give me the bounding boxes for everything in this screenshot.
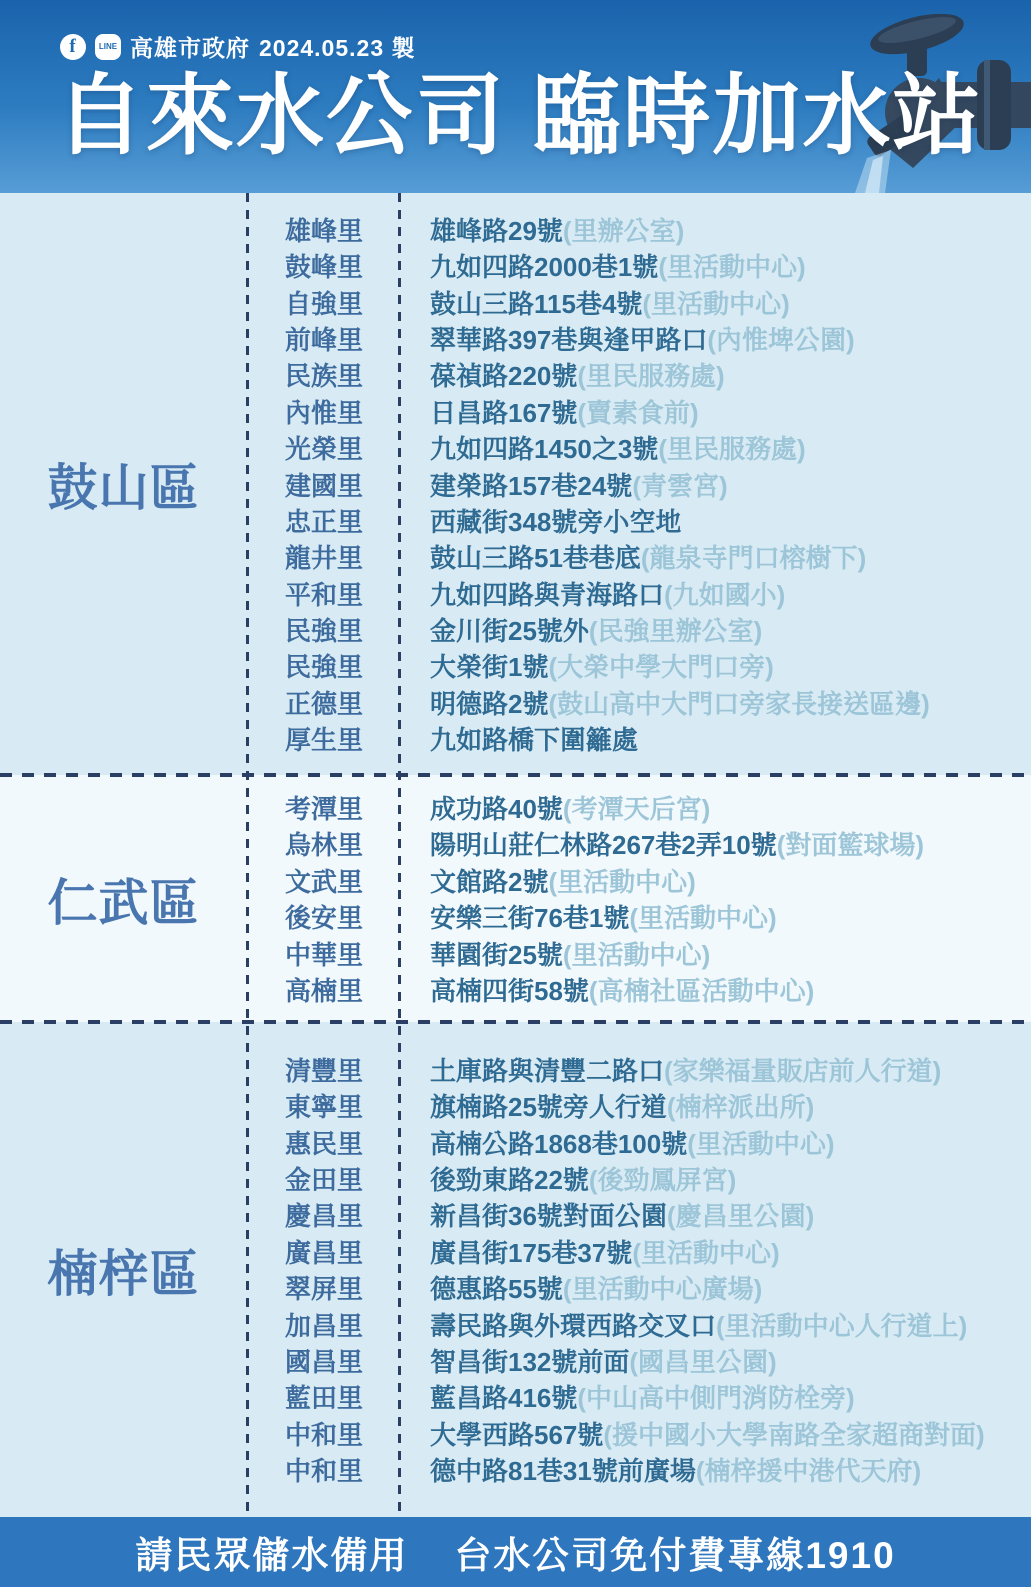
station-row: 建國里 建榮路157巷24號(青雲宮) [248, 466, 1031, 502]
station-rows: 清豐里 土庫路與清豐二路口(家樂福量販店前人行道) 東寧里 旗楠路25號旁人行道… [248, 1022, 1031, 1517]
village-name: 高楠里 [248, 971, 400, 1008]
station-address: 旗楠路25號旁人行道(楠梓派出所) [400, 1087, 814, 1124]
station-address: 智昌街132號前面(國昌里公園) [400, 1342, 777, 1379]
station-row: 龍井里 鼓山三路51巷巷底(龍泉寺門口榕樹下) [248, 539, 1031, 575]
station-row: 正德里 明德路2號(鼓山高中大門口旁家長接送區邊) [248, 684, 1031, 720]
station-row: 後安里 安樂三街76巷1號(里活動中心) [248, 899, 1031, 935]
station-note: (賣素食前) [577, 398, 698, 428]
village-name: 清豐里 [248, 1051, 400, 1088]
village-name: 中和里 [248, 1415, 400, 1452]
station-note: (里活動中心) [563, 940, 710, 970]
station-address: 文館路2號(里活動中心) [400, 862, 696, 899]
village-name: 光榮里 [248, 429, 400, 466]
water-station-poster: f LINE 高雄市政府 2024.05.23 製 自來水公司 臨時加水站 鼓山… [0, 0, 1031, 1587]
village-name: 藍田里 [248, 1378, 400, 1415]
station-note: (龍泉寺門口榕樹下) [641, 543, 866, 573]
station-note: (援中國小大學南路全家超商對面) [603, 1420, 984, 1450]
village-name: 民強里 [248, 611, 400, 648]
station-note: (民強里辦公室) [589, 616, 762, 646]
station-address: 陽明山莊仁林路267巷2弄10號(對面籃球場) [400, 825, 924, 862]
station-note: (對面籃球場) [777, 830, 924, 860]
district-section-nanzi: 楠梓區 清豐里 土庫路與清豐二路口(家樂福量販店前人行道) 東寧里 旗楠路25號… [0, 1022, 1031, 1517]
station-note: (高楠社區活動中心) [589, 976, 814, 1006]
section-divider-1 [0, 773, 1031, 777]
station-row: 加昌里 壽民路與外環西路交叉口(里活動中心人行道上) [248, 1306, 1031, 1342]
station-row: 厚生里 九如路橋下圍籬處 [248, 721, 1031, 757]
line-icon: LINE [95, 34, 121, 60]
station-row: 光榮里 九如四路1450之3號(里民服務處) [248, 429, 1031, 465]
station-address: 建榮路157巷24號(青雲宮) [400, 466, 728, 503]
source-label: 高雄市政府 [130, 30, 250, 63]
station-address: 華園街25號(里活動中心) [400, 935, 710, 972]
station-note: (里活動中心) [687, 1129, 834, 1159]
station-address: 新昌街36號對面公園(慶昌里公園) [400, 1196, 814, 1233]
station-address: 西藏街348號旁小空地 [400, 502, 681, 539]
station-row: 廣昌里 廣昌街175巷37號(里活動中心) [248, 1233, 1031, 1269]
station-row: 東寧里 旗楠路25號旁人行道(楠梓派出所) [248, 1088, 1031, 1124]
source-row: f LINE 高雄市政府 2024.05.23 製 [60, 30, 416, 63]
station-address: 翠華路397巷與逢甲路口(內惟埤公園) [400, 320, 855, 357]
station-address: 金川街25號外(民強里辦公室) [400, 611, 762, 648]
station-row: 自強里 鼓山三路115巷4號(里活動中心) [248, 284, 1031, 320]
village-name: 翠屏里 [248, 1269, 400, 1306]
station-address: 藍昌路416號(中山高中側門消防栓旁) [400, 1378, 855, 1415]
district-label: 楠梓區 [0, 1022, 248, 1517]
village-name: 平和里 [248, 575, 400, 612]
village-name: 民族里 [248, 356, 400, 393]
station-note: (家樂福量販店前人行道) [664, 1056, 941, 1086]
station-note: (里活動中心) [658, 252, 805, 282]
station-row: 文武里 文館路2號(里活動中心) [248, 862, 1031, 898]
district-label: 仁武區 [0, 775, 248, 1022]
column-divider-right [398, 193, 401, 1517]
village-name: 鼓峰里 [248, 247, 400, 284]
district-section-gushan: 鼓山區 雄峰里 雄峰路29號(里辦公室) 鼓峰里 九如四路2000巷1號(里活動… [0, 193, 1031, 775]
station-note: (鼓山高中大門口旁家長接送區邊) [548, 689, 929, 719]
station-note: (內惟埤公園) [707, 325, 854, 355]
station-address: 安樂三街76巷1號(里活動中心) [400, 898, 777, 935]
station-row: 忠正里 西藏街348號旁小空地 [248, 502, 1031, 538]
station-note: (考潭天后宮) [563, 794, 710, 824]
village-name: 忠正里 [248, 502, 400, 539]
station-row: 前峰里 翠華路397巷與逢甲路口(內惟埤公園) [248, 320, 1031, 356]
footer-notice: 請民眾儲水備用 [135, 1525, 408, 1579]
station-address: 高楠公路1868巷100號(里活動中心) [400, 1124, 835, 1161]
village-name: 考潭里 [248, 789, 400, 826]
village-name: 烏林里 [248, 825, 400, 862]
station-row: 國昌里 智昌街132號前面(國昌里公園) [248, 1342, 1031, 1378]
station-row: 內惟里 日昌路167號(賣素食前) [248, 393, 1031, 429]
station-row: 惠民里 高楠公路1868巷100號(里活動中心) [248, 1124, 1031, 1160]
village-name: 中和里 [248, 1451, 400, 1488]
station-address: 九如路橋下圍籬處 [400, 720, 638, 757]
village-name: 民強里 [248, 647, 400, 684]
station-address: 德中路81巷31號前廣場(楠梓援中港代天府) [400, 1451, 921, 1488]
village-name: 正德里 [248, 684, 400, 721]
station-address: 九如四路2000巷1號(里活動中心) [400, 247, 806, 284]
station-note: (里民服務處) [577, 361, 724, 391]
header: f LINE 高雄市政府 2024.05.23 製 自來水公司 臨時加水站 [0, 0, 1031, 193]
station-address: 鼓山三路115巷4號(里活動中心) [400, 284, 790, 321]
station-row: 民強里 大榮街1號(大榮中學大門口旁) [248, 648, 1031, 684]
village-name: 後安里 [248, 898, 400, 935]
station-rows: 考潭里 成功路40號(考潭天后宮) 烏林里 陽明山莊仁林路267巷2弄10號(對… [248, 775, 1031, 1022]
station-address: 雄峰路29號(里辦公室) [400, 211, 684, 248]
station-note: (慶昌里公園) [667, 1201, 814, 1231]
station-row: 平和里 九如四路與青海路口(九如國小) [248, 575, 1031, 611]
village-name: 厚生里 [248, 720, 400, 757]
station-note: (里活動中心廣場) [563, 1274, 762, 1304]
station-address: 德惠路55號(里活動中心廣場) [400, 1269, 762, 1306]
village-name: 文武里 [248, 862, 400, 899]
station-note: (楠梓派出所) [667, 1092, 814, 1122]
station-address: 壽民路與外環西路交叉口(里活動中心人行道上) [400, 1306, 967, 1343]
station-note: (楠梓援中港代天府) [696, 1456, 921, 1486]
station-row: 清豐里 土庫路與清豐二路口(家樂福量販店前人行道) [248, 1051, 1031, 1087]
station-address: 大榮街1號(大榮中學大門口旁) [400, 647, 774, 684]
station-address: 葆禎路220號(里民服務處) [400, 356, 725, 393]
station-note: (里辦公室) [563, 216, 684, 246]
station-note: (里活動中心) [548, 867, 695, 897]
station-row: 考潭里 成功路40號(考潭天后宮) [248, 789, 1031, 825]
footer-hotline: 台水公司免付費專線1910 [454, 1525, 895, 1579]
village-name: 中華里 [248, 935, 400, 972]
station-row: 民強里 金川街25號外(民強里辦公室) [248, 611, 1031, 647]
section-divider-2 [0, 1020, 1031, 1024]
station-note: (國昌里公園) [629, 1347, 776, 1377]
station-row: 中華里 華園街25號(里活動中心) [248, 935, 1031, 971]
column-divider-left [246, 193, 249, 1517]
station-note: (里活動中心) [642, 289, 789, 319]
station-rows: 雄峰里 雄峰路29號(里辦公室) 鼓峰里 九如四路2000巷1號(里活動中心) … [248, 193, 1031, 775]
district-section-renwu: 仁武區 考潭里 成功路40號(考潭天后宮) 烏林里 陽明山莊仁林路267巷2弄1… [0, 775, 1031, 1022]
station-row: 中和里 大學西路567號(援中國小大學南路全家超商對面) [248, 1415, 1031, 1451]
footer: 請民眾儲水備用 台水公司免付費專線1910 [0, 1517, 1031, 1587]
village-name: 建國里 [248, 466, 400, 503]
station-row: 烏林里 陽明山莊仁林路267巷2弄10號(對面籃球場) [248, 826, 1031, 862]
station-row: 高楠里 高楠四街58號(高楠社區活動中心) [248, 971, 1031, 1007]
village-name: 廣昌里 [248, 1233, 400, 1270]
station-address: 九如四路1450之3號(里民服務處) [400, 429, 806, 466]
facebook-icon: f [60, 34, 86, 60]
village-name: 龍井里 [248, 538, 400, 575]
district-label: 鼓山區 [0, 193, 248, 775]
station-address: 日昌路167號(賣素食前) [400, 393, 699, 430]
station-note: (九如國小) [664, 580, 785, 610]
station-row: 鼓峰里 九如四路2000巷1號(里活動中心) [248, 247, 1031, 283]
village-name: 金田里 [248, 1160, 400, 1197]
station-row: 翠屏里 德惠路55號(里活動中心廣場) [248, 1270, 1031, 1306]
village-name: 惠民里 [248, 1124, 400, 1161]
station-address: 高楠四街58號(高楠社區活動中心) [400, 971, 814, 1008]
village-name: 國昌里 [248, 1342, 400, 1379]
station-row: 藍田里 藍昌路416號(中山高中側門消防栓旁) [248, 1379, 1031, 1415]
station-address: 大學西路567號(援中國小大學南路全家超商對面) [400, 1415, 985, 1452]
station-note: (里活動中心) [632, 1238, 779, 1268]
village-name: 東寧里 [248, 1087, 400, 1124]
station-address: 廣昌街175巷37號(里活動中心) [400, 1233, 780, 1270]
village-name: 慶昌里 [248, 1196, 400, 1233]
station-address: 土庫路與清豐二路口(家樂福量販店前人行道) [400, 1051, 941, 1088]
date-label: 2024.05.23 製 [259, 30, 416, 63]
station-note: (大榮中學大門口旁) [548, 652, 773, 682]
village-name: 雄峰里 [248, 211, 400, 248]
station-note: (里民服務處) [658, 434, 805, 464]
station-note: (中山高中側門消防栓旁) [577, 1383, 854, 1413]
village-name: 內惟里 [248, 393, 400, 430]
station-address: 成功路40號(考潭天后宮) [400, 789, 710, 826]
station-note: (里活動中心) [629, 903, 776, 933]
station-row: 雄峰里 雄峰路29號(里辦公室) [248, 211, 1031, 247]
station-row: 民族里 葆禎路220號(里民服務處) [248, 357, 1031, 393]
station-address: 後勁東路22號(後勁鳳屏宮) [400, 1160, 736, 1197]
poster-title: 自來水公司 臨時加水站 [56, 68, 982, 165]
station-row: 慶昌里 新昌街36號對面公園(慶昌里公園) [248, 1197, 1031, 1233]
station-row: 金田里 後勁東路22號(後勁鳳屏宮) [248, 1160, 1031, 1196]
station-address: 九如四路與青海路口(九如國小) [400, 575, 785, 612]
station-note: (里活動中心人行道上) [716, 1311, 967, 1341]
station-note: (後勁鳳屏宮) [589, 1165, 736, 1195]
station-address: 明德路2號(鼓山高中大門口旁家長接送區邊) [400, 684, 930, 721]
village-name: 自強里 [248, 284, 400, 321]
station-list: 鼓山區 雄峰里 雄峰路29號(里辦公室) 鼓峰里 九如四路2000巷1號(里活動… [0, 193, 1031, 1517]
village-name: 加昌里 [248, 1306, 400, 1343]
village-name: 前峰里 [248, 320, 400, 357]
station-address: 鼓山三路51巷巷底(龍泉寺門口榕樹下) [400, 538, 866, 575]
station-row: 中和里 德中路81巷31號前廣場(楠梓援中港代天府) [248, 1451, 1031, 1487]
station-note: (青雲宮) [632, 471, 727, 501]
